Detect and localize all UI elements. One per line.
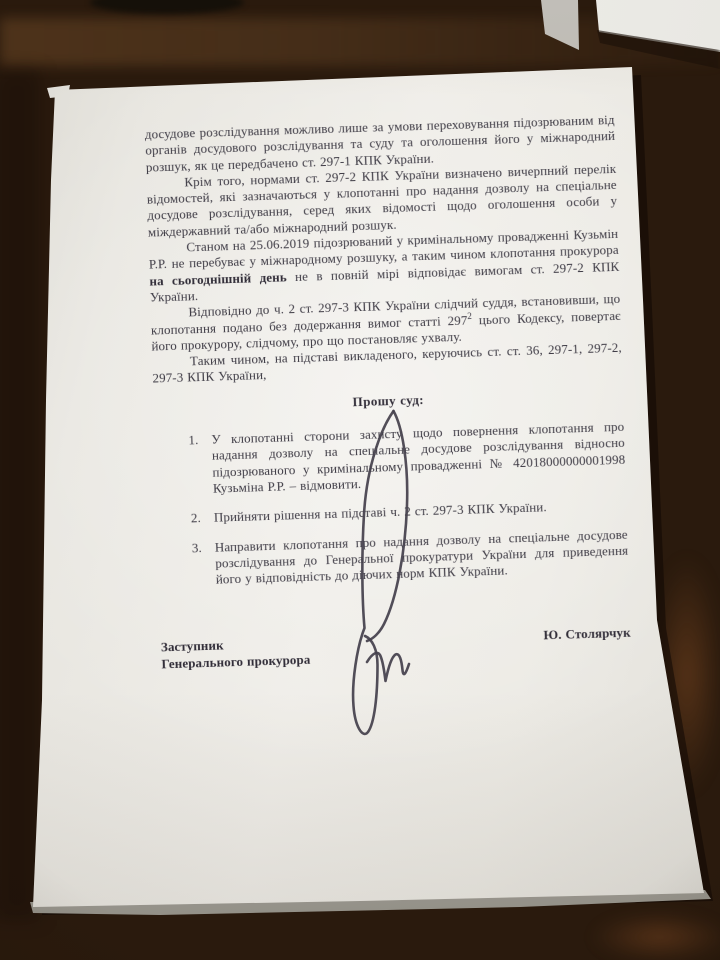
petition-item-2: 2. Прийняти рішення на підставі ч. 2 ст.… <box>157 497 627 528</box>
signatory-name: Ю. Столярчук <box>543 625 631 644</box>
photo-scene: досудове розслідування можливо лише за у… <box>0 0 720 960</box>
wood-highlight-bottom-right <box>590 912 720 960</box>
item-text: Направити клопотання про надання дозволу… <box>215 526 629 587</box>
item-number: 3. <box>192 540 202 557</box>
petition-item-1: 1. У клопотанні сторони захисту щодо пов… <box>154 419 626 499</box>
signatory-position: Заступник Генерального прокурора <box>161 635 311 673</box>
signature-block: Заступник Генерального прокурора Ю. Стол… <box>161 625 632 673</box>
wood-shadow-left <box>0 70 40 920</box>
document-content: досудове розслідування можливо лише за у… <box>145 112 632 673</box>
signatory-position-line2: Генерального прокурора <box>161 652 310 673</box>
item-text: У клопотанні сторони захисту щодо поверн… <box>211 419 625 496</box>
document-page: досудове розслідування можливо лише за у… <box>0 0 720 960</box>
item-text: Прийняти рішення на підставі ч. 2 ст. 29… <box>214 499 547 524</box>
emphasis-today: на сьогоднішній день <box>149 269 287 288</box>
petition-heading: Прошу суд: <box>153 386 623 417</box>
petition-list: 1. У клопотанні сторони захисту щодо пов… <box>154 419 629 590</box>
item-number: 1. <box>188 432 198 449</box>
petition-item-3: 3. Направити клопотання про надання дозв… <box>158 526 629 590</box>
item-number: 2. <box>191 510 201 527</box>
